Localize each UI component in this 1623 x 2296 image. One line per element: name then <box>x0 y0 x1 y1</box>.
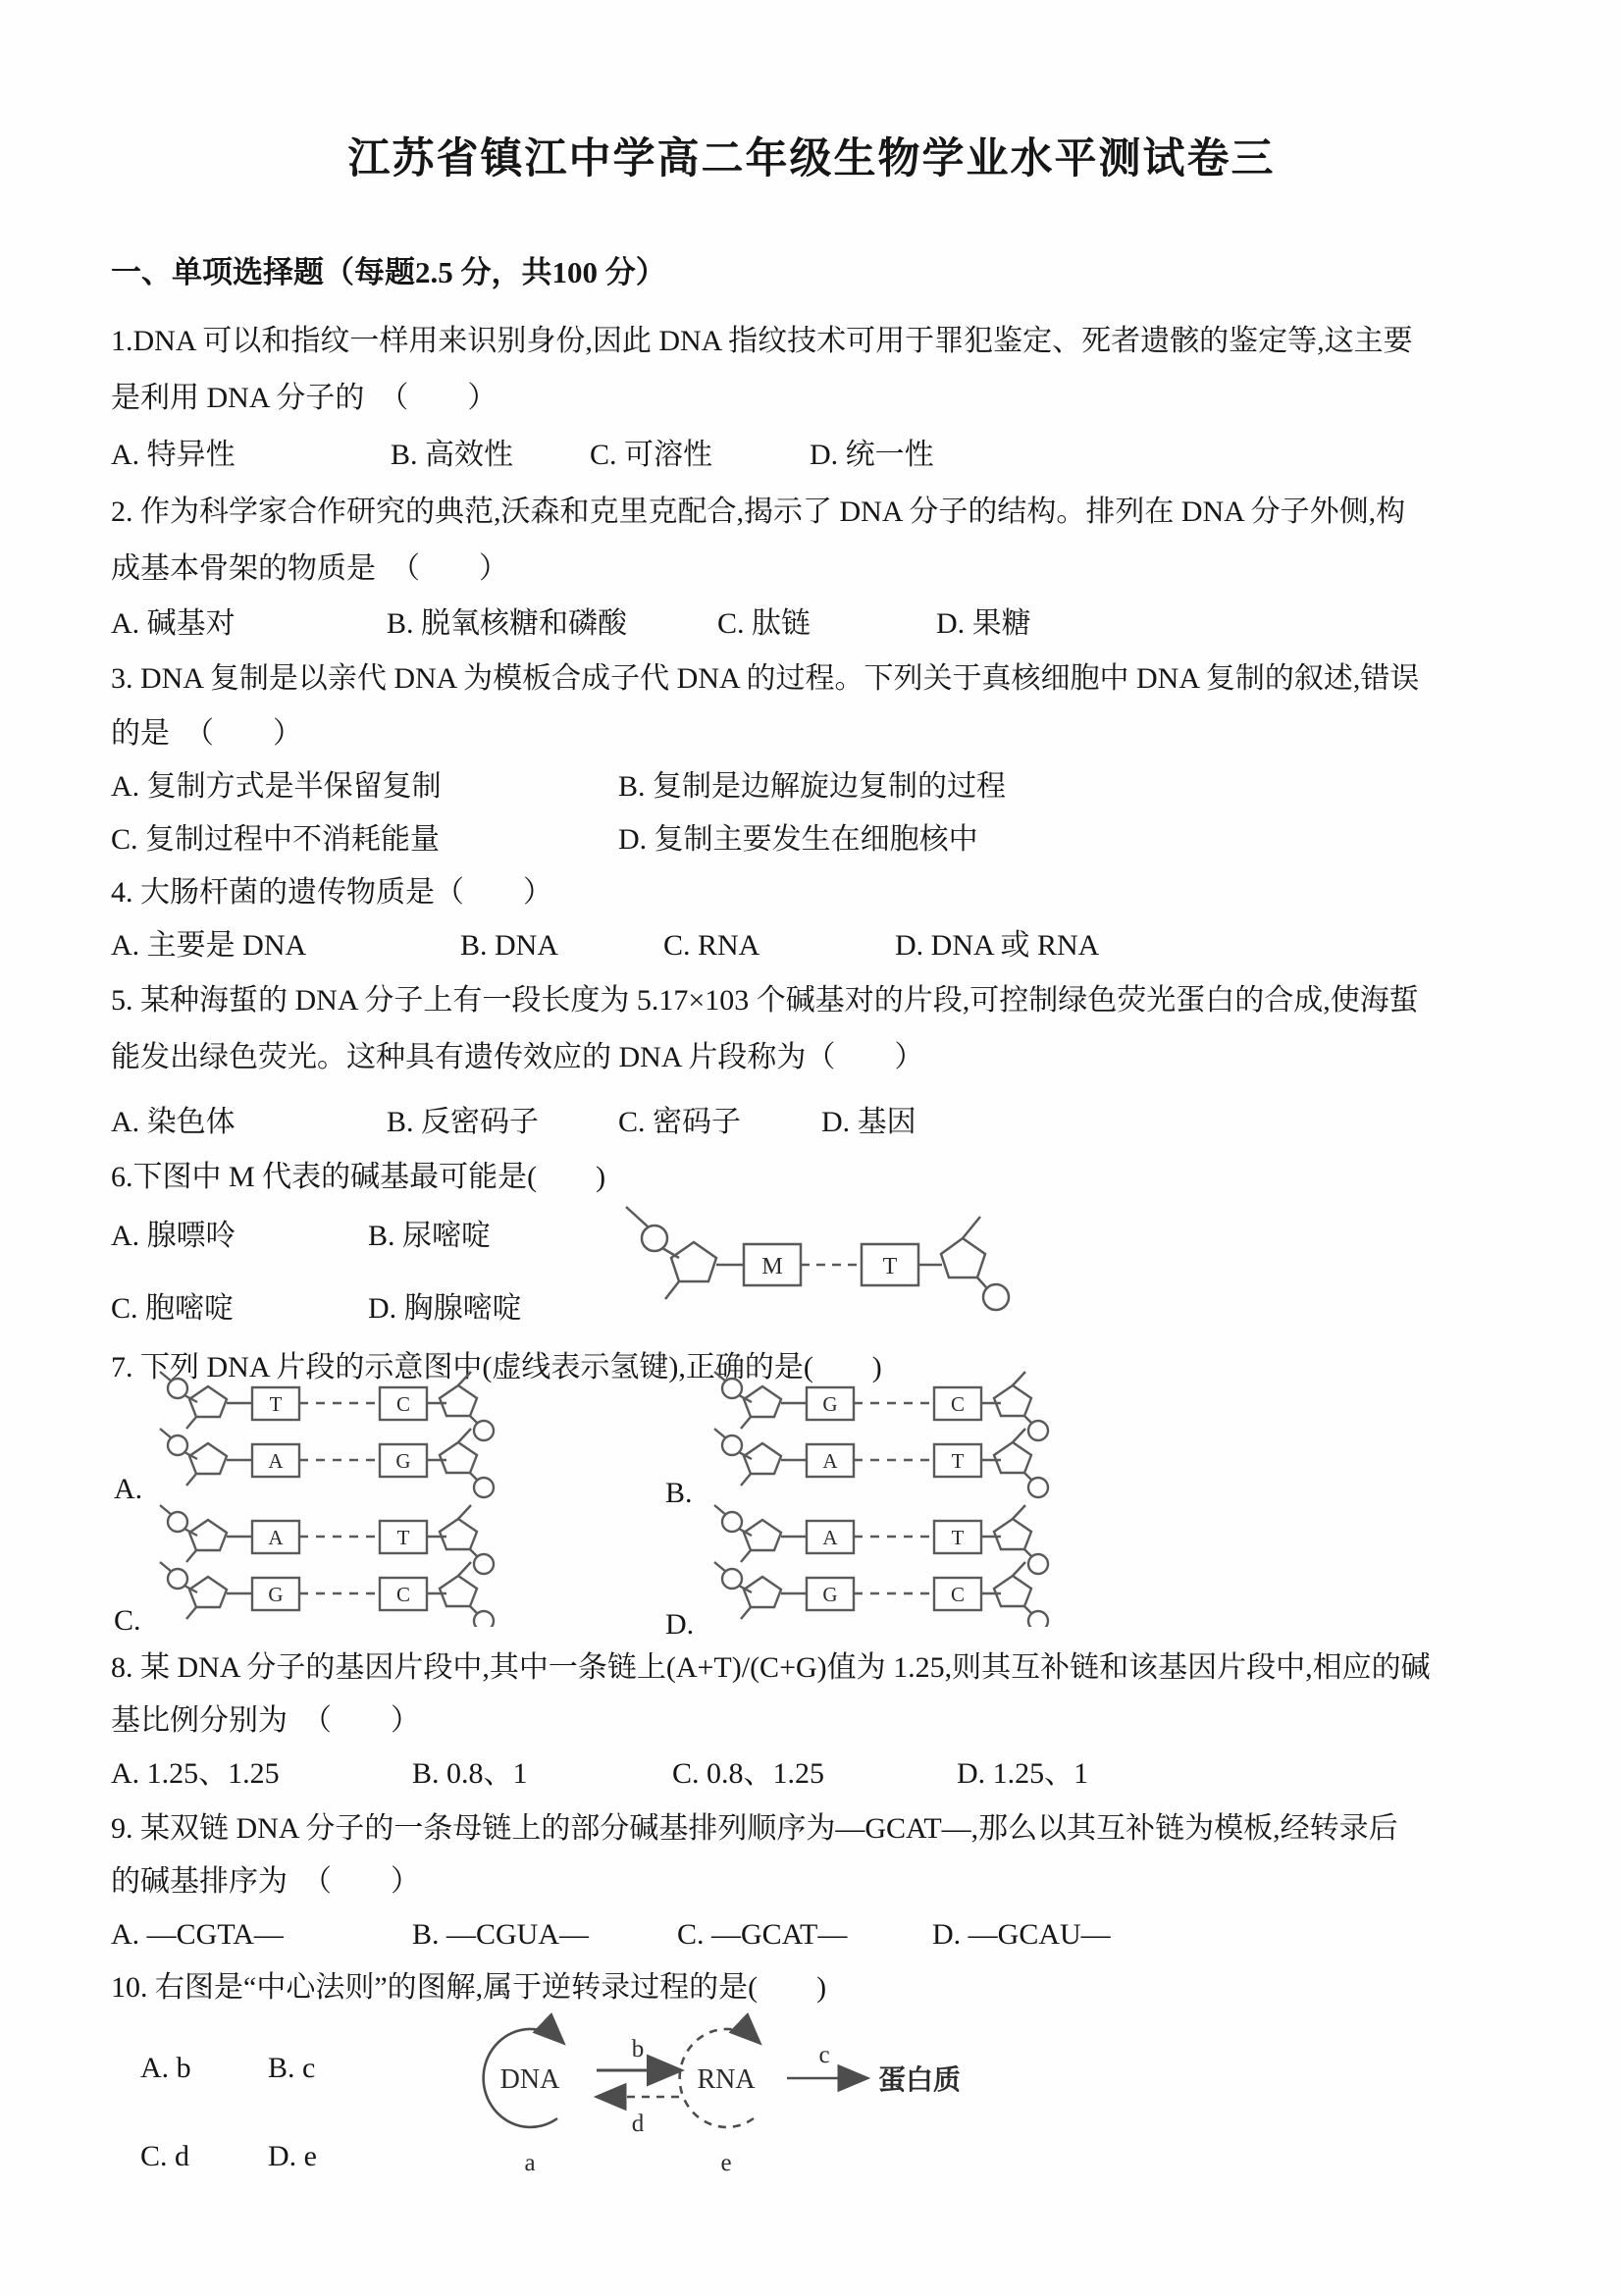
q5-stem-line2: 能发出绿色荧光。这种具有遗传效应的 DNA 片段称为（ ） <box>111 1036 923 1079</box>
q6-base-t: T <box>883 1254 898 1279</box>
q2-stem-line2: 成基本骨架的物质是 （ ） <box>111 548 508 591</box>
base-letter: G <box>822 1392 837 1416</box>
base-letter: C <box>951 1583 965 1606</box>
q4-stem: 4. 大肠杆菌的遗传物质是（ ） <box>111 871 552 914</box>
base-letter: T <box>952 1526 965 1549</box>
q6-option-b: B. 尿嘧啶 <box>368 1215 491 1258</box>
q1-option-b: B. 高效性 <box>391 434 513 477</box>
q6-nucleotide-pair-diagram: M T <box>599 1203 1030 1350</box>
page-title: 江苏省镇江中学高二年级生物学业水平测试卷三 <box>0 126 1623 185</box>
exam-paper-page: 江苏省镇江中学高二年级生物学业水平测试卷三 一、单项选择题（每题2.5 分，共1… <box>0 0 1623 2296</box>
base-letter: A <box>822 1526 838 1549</box>
q2-option-d: D. 果糖 <box>936 602 1031 646</box>
q7-diagram-b: G C A T <box>714 1372 1048 1497</box>
q9-option-d: D. —GCAU— <box>932 1913 1111 1957</box>
q6-stem: 6.下图中 M 代表的碱基最可能是( ) <box>111 1156 605 1199</box>
q9-stem-line2: 的碱基排序为 （ ） <box>111 1860 420 1904</box>
q3-stem-line2: 的是 （ ） <box>111 712 302 756</box>
q7-label-c: C. <box>114 1599 141 1643</box>
arrow-label-d: d <box>632 2111 645 2137</box>
q5-option-d: D. 基因 <box>821 1101 916 1144</box>
base-letter: C <box>951 1392 965 1416</box>
q1-option-a: A. 特异性 <box>111 434 236 477</box>
q2-option-a: A. 碱基对 <box>111 602 236 646</box>
q1-option-c: C. 可溶性 <box>590 434 712 477</box>
q10-option-d: D. e <box>268 2135 317 2178</box>
q9-stem-line1: 9. 某双链 DNA 分子的一条母链上的部分碱基排列顺序为—GCAT—,那么以其… <box>111 1807 1398 1851</box>
q1-stem-line2: 是利用 DNA 分子的 （ ） <box>111 377 497 420</box>
q4-option-c: C. RNA <box>663 924 759 967</box>
q4-option-d: D. DNA 或 RNA <box>895 924 1099 967</box>
base-letter: C <box>396 1583 410 1606</box>
q10-central-dogma-diagram: DNA RNA 蛋白质 b d c a e <box>432 2002 1040 2198</box>
q8-stem-line2: 基比例分别为 （ ） <box>111 1699 420 1743</box>
q3-option-b: B. 复制是边解旋边复制的过程 <box>618 765 1006 809</box>
q5-option-b: B. 反密码子 <box>387 1101 539 1144</box>
q1-stem-line1: 1.DNA 可以和指纹一样用来识别身份,因此 DNA 指纹技术可用于罪犯鉴定、死… <box>111 320 1413 363</box>
q10-option-b: B. c <box>268 2047 315 2090</box>
q6-base-m: M <box>761 1254 782 1279</box>
q3-stem-line1: 3. DNA 复制是以亲代 DNA 为模板合成子代 DNA 的过程。下列关于真核… <box>111 657 1419 701</box>
q9-option-b: B. —CGUA— <box>412 1913 589 1957</box>
rna-node: RNA <box>697 2064 756 2095</box>
base-letter: T <box>270 1392 283 1416</box>
q6-option-a: A. 腺嘌呤 <box>111 1215 236 1258</box>
q9-option-a: A. —CGTA— <box>111 1913 284 1957</box>
q5-option-a: A. 染色体 <box>111 1101 236 1144</box>
base-letter: G <box>395 1449 410 1473</box>
arrow-label-e: e <box>720 2150 731 2176</box>
base-letter: G <box>822 1583 837 1606</box>
q5-stem-line1: 5. 某种海蜇的 DNA 分子上有一段长度为 5.17×103 个碱基对的片段,… <box>111 979 1419 1022</box>
q8-option-a: A. 1.25、1.25 <box>111 1752 280 1796</box>
q3-option-c: C. 复制过程中不消耗能量 <box>111 818 440 861</box>
dna-node: DNA <box>500 2064 560 2095</box>
q8-stem-line1: 8. 某 DNA 分子的基因片段中,其中一条链上(A+T)/(C+G)值为 1.… <box>111 1646 1431 1690</box>
base-letter: C <box>396 1392 410 1416</box>
q7-label-a: A. <box>114 1468 142 1511</box>
q7-diagram-a: T C A G <box>160 1372 494 1497</box>
q7-diagram-c: A T G C <box>160 1505 494 1627</box>
q9-option-c: C. —GCAT— <box>677 1913 847 1957</box>
q5-option-c: C. 密码子 <box>618 1101 741 1144</box>
arrow-label-b: b <box>632 2036 645 2062</box>
base-letter: A <box>268 1526 284 1549</box>
q3-option-d: D. 复制主要发生在细胞核中 <box>618 818 978 861</box>
q10-option-a: A. b <box>140 2047 191 2090</box>
q4-option-a: A. 主要是 DNA <box>111 924 306 967</box>
arrow-label-c: c <box>818 2042 829 2068</box>
q7-diagram-d: A T G C <box>714 1505 1048 1627</box>
arrow-label-a: a <box>524 2150 535 2176</box>
q7-label-b: B. <box>665 1472 693 1515</box>
q7-label-d: D. <box>665 1603 694 1646</box>
q4-option-b: B. DNA <box>460 924 558 967</box>
q8-option-d: D. 1.25、1 <box>957 1752 1088 1796</box>
q6-option-c: C. 胞嘧啶 <box>111 1287 234 1331</box>
q3-option-a: A. 复制方式是半保留复制 <box>111 765 442 809</box>
base-letter: G <box>268 1583 283 1606</box>
base-letter: T <box>952 1449 965 1473</box>
base-letter: T <box>397 1526 410 1549</box>
section-header: 一、单项选择题（每题2.5 分，共100 分） <box>111 251 666 294</box>
base-letter: A <box>822 1449 838 1473</box>
q8-option-b: B. 0.8、1 <box>412 1752 528 1796</box>
q2-option-b: B. 脱氧核糖和磷酸 <box>387 602 627 646</box>
q8-option-c: C. 0.8、1.25 <box>672 1752 824 1796</box>
q6-option-d: D. 胸腺嘧啶 <box>368 1287 522 1331</box>
base-letter: A <box>268 1449 284 1473</box>
q2-stem-line1: 2. 作为科学家合作研究的典范,沃森和克里克配合,揭示了 DNA 分子的结构。排… <box>111 491 1405 534</box>
q2-option-c: C. 肽链 <box>717 602 811 646</box>
q10-option-c: C. d <box>140 2135 189 2178</box>
q1-option-d: D. 统一性 <box>810 434 934 477</box>
protein-node: 蛋白质 <box>878 2064 961 2096</box>
q7-dna-fragment-diagrams: T C A G G C A T A T G C A T G C <box>142 1366 1133 1627</box>
